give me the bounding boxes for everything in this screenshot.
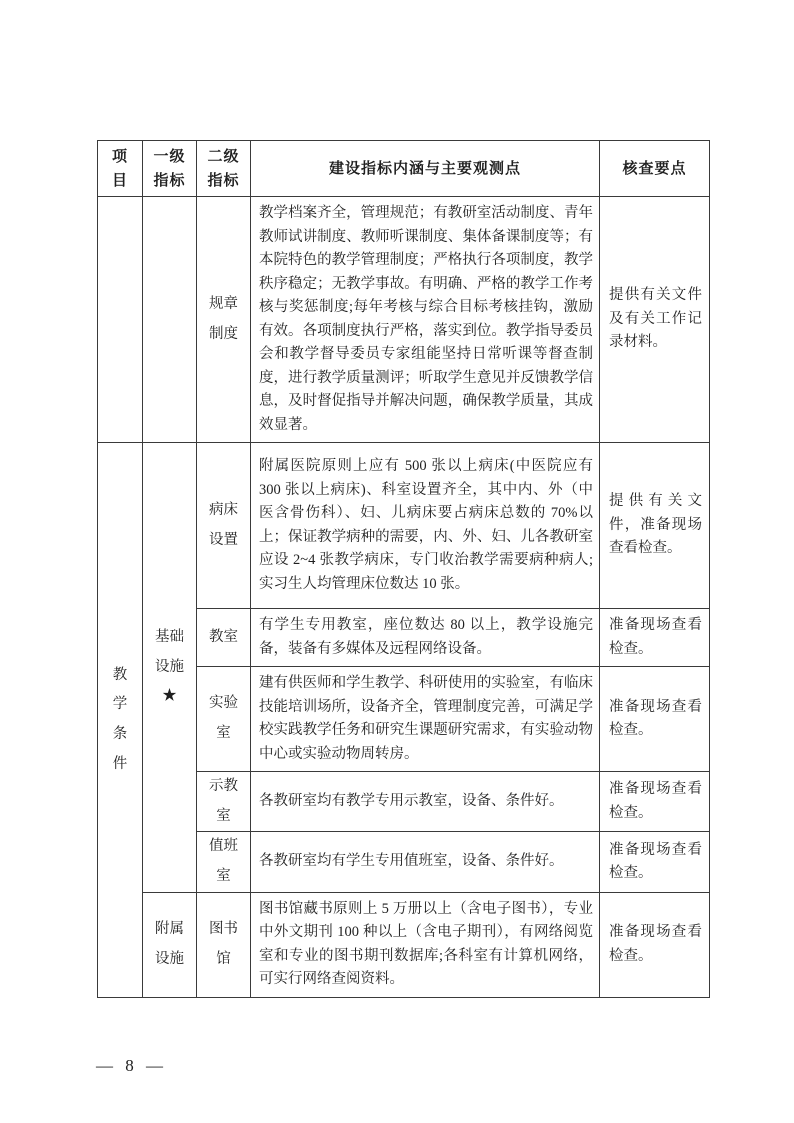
cell-level1-empty xyxy=(143,197,197,443)
cell-content-regulations: 教学档案齐全，管理规范；有教研室活动制度、青年教师试讲制度、教师听课制度、集体备… xyxy=(251,197,600,443)
level2-duty-room-label: 值班室 xyxy=(206,832,240,891)
header-level2: 二级指标 xyxy=(197,141,251,197)
cell-content-library: 图书馆藏书原则上 5 万册以上（含电子图书），专业中外文期刊 100 种以上（含… xyxy=(251,892,600,997)
header-content: 建设指标内涵与主要观测点 xyxy=(251,141,600,197)
table-header-row: 项目 一级指标 二级指标 建设指标内涵与主要观测点 核查要点 xyxy=(98,141,710,197)
level2-regulations-label: 规章制度 xyxy=(206,290,240,349)
level2-beds-label: 病床设置 xyxy=(206,496,240,555)
level2-library-label: 图书馆 xyxy=(206,915,240,974)
cell-check-beds: 提供有关文件，准备现场查看检查。 xyxy=(600,443,710,609)
cell-content-demo-room: 各教研室均有教学专用示教室，设备、条件好。 xyxy=(251,772,600,832)
cell-level2-library: 图书馆 xyxy=(197,892,251,997)
header-check: 核查要点 xyxy=(600,141,710,197)
header-level1-label: 一级指标 xyxy=(152,145,187,193)
level2-laboratory-label: 实验室 xyxy=(206,689,240,748)
cell-project-empty xyxy=(98,197,143,443)
header-level2-label: 二级指标 xyxy=(206,145,241,193)
level2-classroom-label: 教室 xyxy=(206,623,240,653)
cell-level1-auxiliary-facilities: 附属设施 xyxy=(143,892,197,997)
cell-content-duty-room: 各教研室均有学生专用值班室，设备、条件好。 xyxy=(251,832,600,892)
level1-basic-facilities-label: 基础设施★ xyxy=(152,623,186,712)
cell-content-laboratory: 建有供医师和学生教学、科研使用的实验室，有临床技能培训场所，设备齐全，管理制度完… xyxy=(251,667,600,772)
indicator-table: 项目 一级指标 二级指标 建设指标内涵与主要观测点 核查要点 规章制度 教学档案… xyxy=(97,140,710,998)
cell-level2-laboratory: 实验室 xyxy=(197,667,251,772)
document-page: 项目 一级指标 二级指标 建设指标内涵与主要观测点 核查要点 规章制度 教学档案… xyxy=(0,0,794,1123)
level2-demo-room-label: 示教室 xyxy=(206,772,240,831)
cell-check-library: 准备现场查看检查。 xyxy=(600,892,710,997)
cell-level2-beds: 病床设置 xyxy=(197,443,251,609)
row-beds: 教学条件 基础设施★ 病床设置 附属医院原则上应有 500 张以上病床(中医院应… xyxy=(98,443,710,609)
header-level1: 一级指标 xyxy=(143,141,197,197)
page-number: — 8 — xyxy=(96,1056,167,1076)
header-project: 项目 xyxy=(98,141,143,197)
cell-check-duty-room: 准备现场查看检查。 xyxy=(600,832,710,892)
cell-check-regulations: 提供有关文件及有关工作记录材料。 xyxy=(600,197,710,443)
level1-auxiliary-facilities-label: 附属设施 xyxy=(152,915,186,974)
cell-level2-demo-room: 示教室 xyxy=(197,772,251,832)
header-project-label: 项目 xyxy=(111,145,130,193)
project-teaching-conditions-label: 教学条件 xyxy=(111,661,129,780)
cell-level2-duty-room: 值班室 xyxy=(197,832,251,892)
cell-level1-basic-facilities: 基础设施★ xyxy=(143,443,197,893)
cell-level2-regulations: 规章制度 xyxy=(197,197,251,443)
cell-project-teaching-conditions: 教学条件 xyxy=(98,443,143,998)
cell-check-demo-room: 准备现场查看检查。 xyxy=(600,772,710,832)
cell-content-classroom: 有学生专用教室，座位数达 80 以上，教学设施完备，装备有多媒体及远程网络设备。 xyxy=(251,609,600,667)
cell-level2-classroom: 教室 xyxy=(197,609,251,667)
indicator-table-wrap: 项目 一级指标 二级指标 建设指标内涵与主要观测点 核查要点 规章制度 教学档案… xyxy=(97,140,709,998)
cell-check-classroom: 准备现场查看检查。 xyxy=(600,609,710,667)
row-regulations: 规章制度 教学档案齐全，管理规范；有教研室活动制度、青年教师试讲制度、教师听课制… xyxy=(98,197,710,443)
cell-check-laboratory: 准备现场查看检查。 xyxy=(600,667,710,772)
row-library: 附属设施 图书馆 图书馆藏书原则上 5 万册以上（含电子图书），专业中外文期刊 … xyxy=(98,892,710,997)
cell-content-beds: 附属医院原则上应有 500 张以上病床(中医院应有 300 张以上病床)、科室设… xyxy=(251,443,600,609)
